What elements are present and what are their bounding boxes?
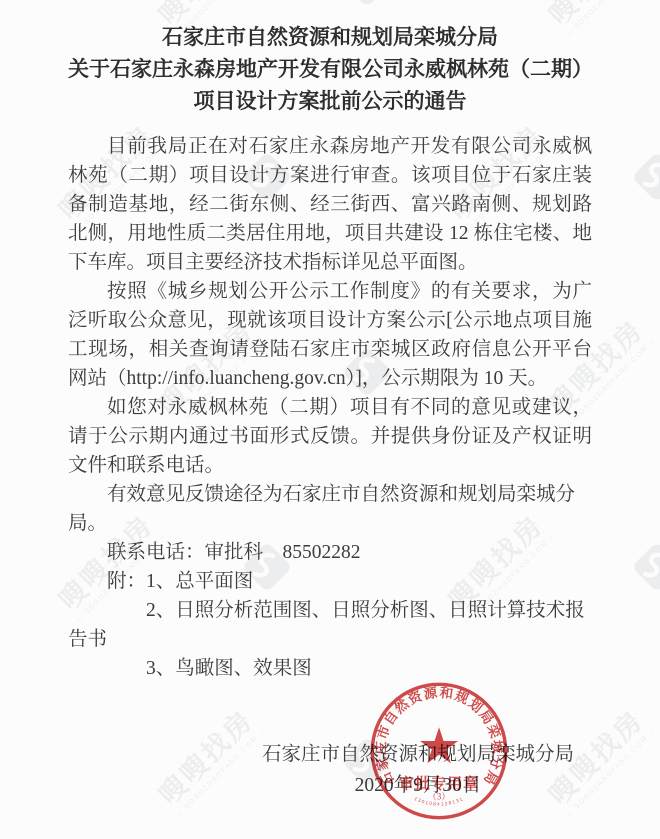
attachment-line-3: 3、鸟瞰图、效果图 — [68, 654, 592, 683]
approval-seal: 石家庄市自然资源和规划局栾城分局 ★ 审批专用章 （3） 13010841281… — [368, 680, 510, 822]
watermark-brand-logo-icon — [340, 0, 394, 9]
paragraph-publicity-rules: 按照《城乡规划公开公示工作制度》的有关要求，为广泛听取公众意见，现就该项目设计方… — [68, 277, 592, 393]
watermark-logo — [0, 0, 4, 9]
paragraph-feedback-instructions: 如您对永威枫林苑（二期）项目有不同的意见或建议，请于公示期内通过书面形式反馈。并… — [68, 393, 592, 480]
watermark-logo — [340, 0, 394, 9]
title-line-bureau: 石家庄市自然资源和规划局栾城分局 — [68, 22, 592, 54]
watermark-brand-logo-icon — [630, 150, 660, 204]
watermark-brand-logo-icon — [630, 540, 660, 594]
title-line-notice: 项目设计方案批前公示的通告 — [68, 86, 592, 118]
watermark-logo — [630, 150, 660, 204]
attachment-line-1: 附：1、总平面图 — [68, 567, 592, 596]
watermark-logo — [0, 735, 4, 789]
paragraph-project-review: 目前我局正在对石家庄永森房地产开发有限公司永威枫林苑（二期）项目设计方案进行审查… — [68, 132, 592, 277]
title-line-subject: 关于石家庄永森房地产开发有限公司永威枫林苑（二期） — [68, 54, 592, 86]
document-title: 石家庄市自然资源和规划局栾城分局 关于石家庄永森房地产开发有限公司永威枫林苑（二… — [68, 22, 592, 118]
attachment-line-2: 2、日照分析范围图、日照分析图、日照计算技术报告书 — [68, 596, 592, 654]
watermark-logo — [630, 540, 660, 594]
contact-phone-line: 联系电话：审批科 85502282 — [68, 538, 592, 567]
paragraph-feedback-channel: 有效意见反馈途径为石家庄市自然资源和规划局栾城分局。 — [68, 480, 592, 538]
watermark-brand-logo-icon — [0, 345, 4, 399]
seal-label: 审批专用章 — [399, 775, 480, 793]
document-content: 石家庄市自然资源和规划局栾城分局 关于石家庄永森房地产开发有限公司永威枫林苑（二… — [68, 22, 592, 801]
seal-number: （3） — [428, 791, 451, 801]
watermark-logo — [0, 345, 4, 399]
document-page: 嗖嗖找房— SOSOZHAOFANG.COM — 嗖嗖找房— SOSOZHAOF… — [0, 0, 660, 839]
seal-star-icon: ★ — [417, 719, 461, 774]
watermark-brand-logo-icon — [0, 735, 4, 789]
watermark-brand-logo-icon — [0, 0, 4, 9]
